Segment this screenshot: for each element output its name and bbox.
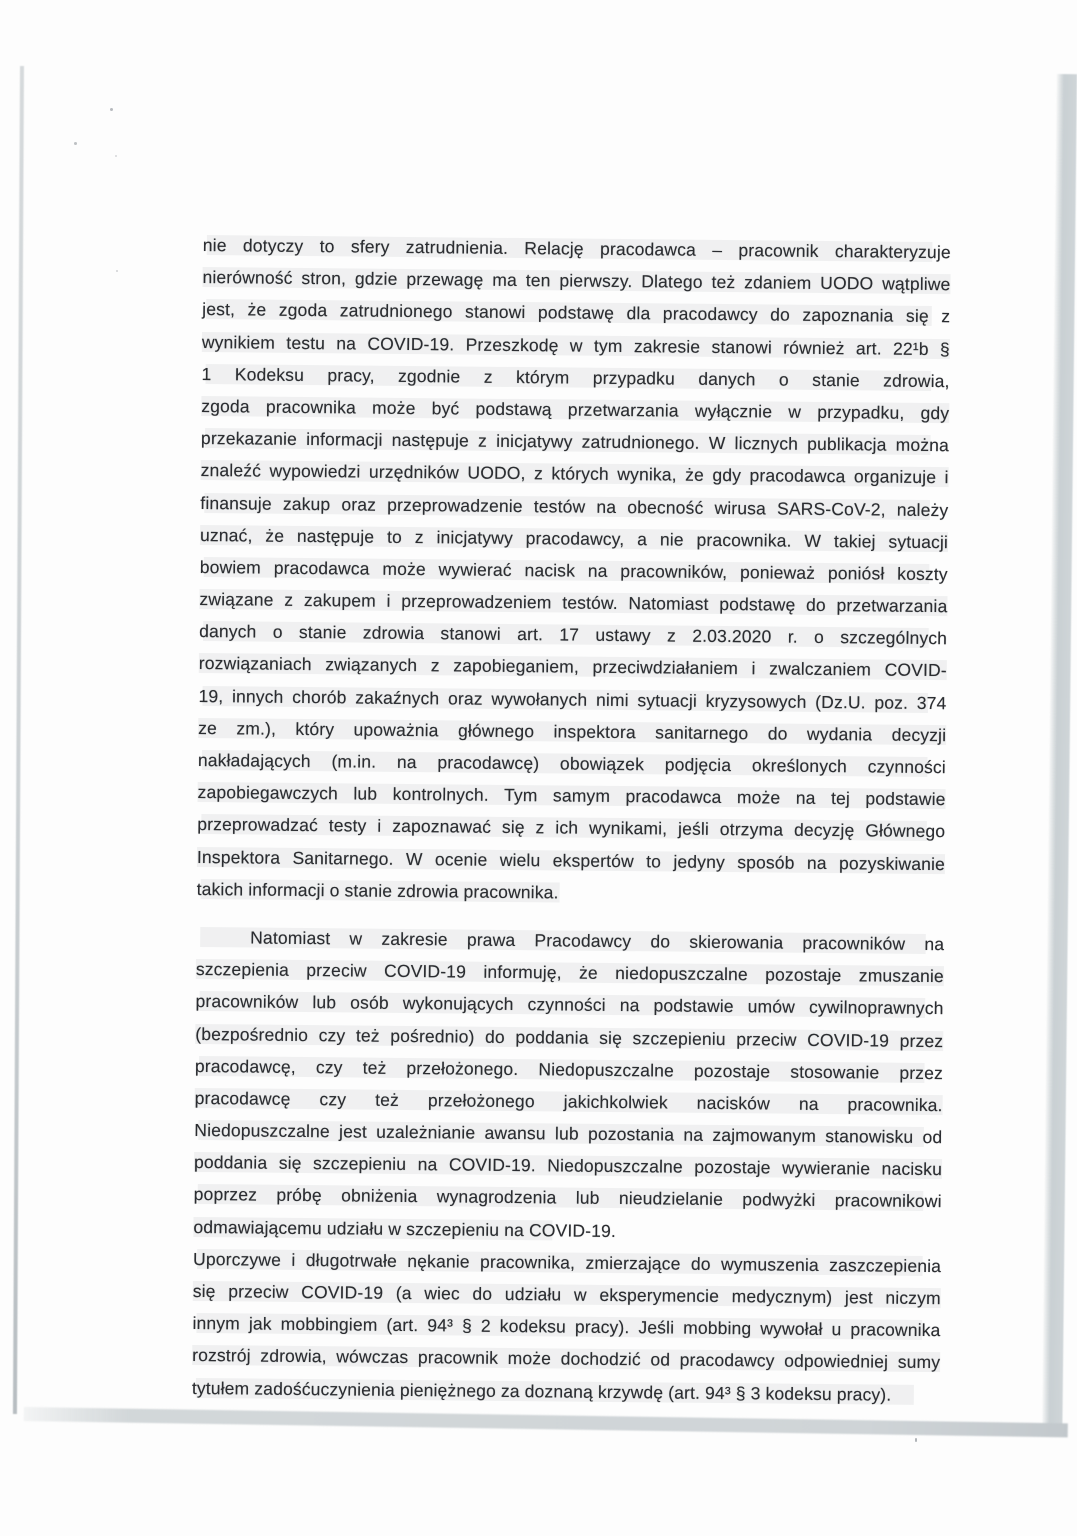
scan-speck bbox=[110, 108, 113, 111]
page-right-edge-line bbox=[1042, 74, 1077, 1430]
scanned-page: { "page": { "type": "scanned-document-pa… bbox=[0, 0, 1077, 1536]
paragraph-vaccination-rights: Natomiast w zakresie prawa Pracodawcy do… bbox=[193, 921, 944, 1250]
document-text: nie dotyczy to sfery zatrudnienia. Relac… bbox=[192, 229, 951, 1411]
scan-speck bbox=[74, 142, 77, 145]
scan-speck bbox=[115, 155, 117, 157]
text-line: tytułem zadośćuczynienia pieniężnego za … bbox=[192, 1372, 940, 1411]
paragraph-mobbing: Uporczywe i długotrwałe nękanie pracowni… bbox=[192, 1243, 942, 1411]
page-left-edge-line bbox=[13, 66, 24, 1414]
scan-speck bbox=[116, 270, 118, 272]
scan-speck bbox=[915, 1438, 917, 1442]
paragraph-testing-covid: nie dotyczy to sfery zatrudnienia. Relac… bbox=[197, 229, 951, 912]
page-bottom-edge-line bbox=[24, 1407, 1068, 1437]
